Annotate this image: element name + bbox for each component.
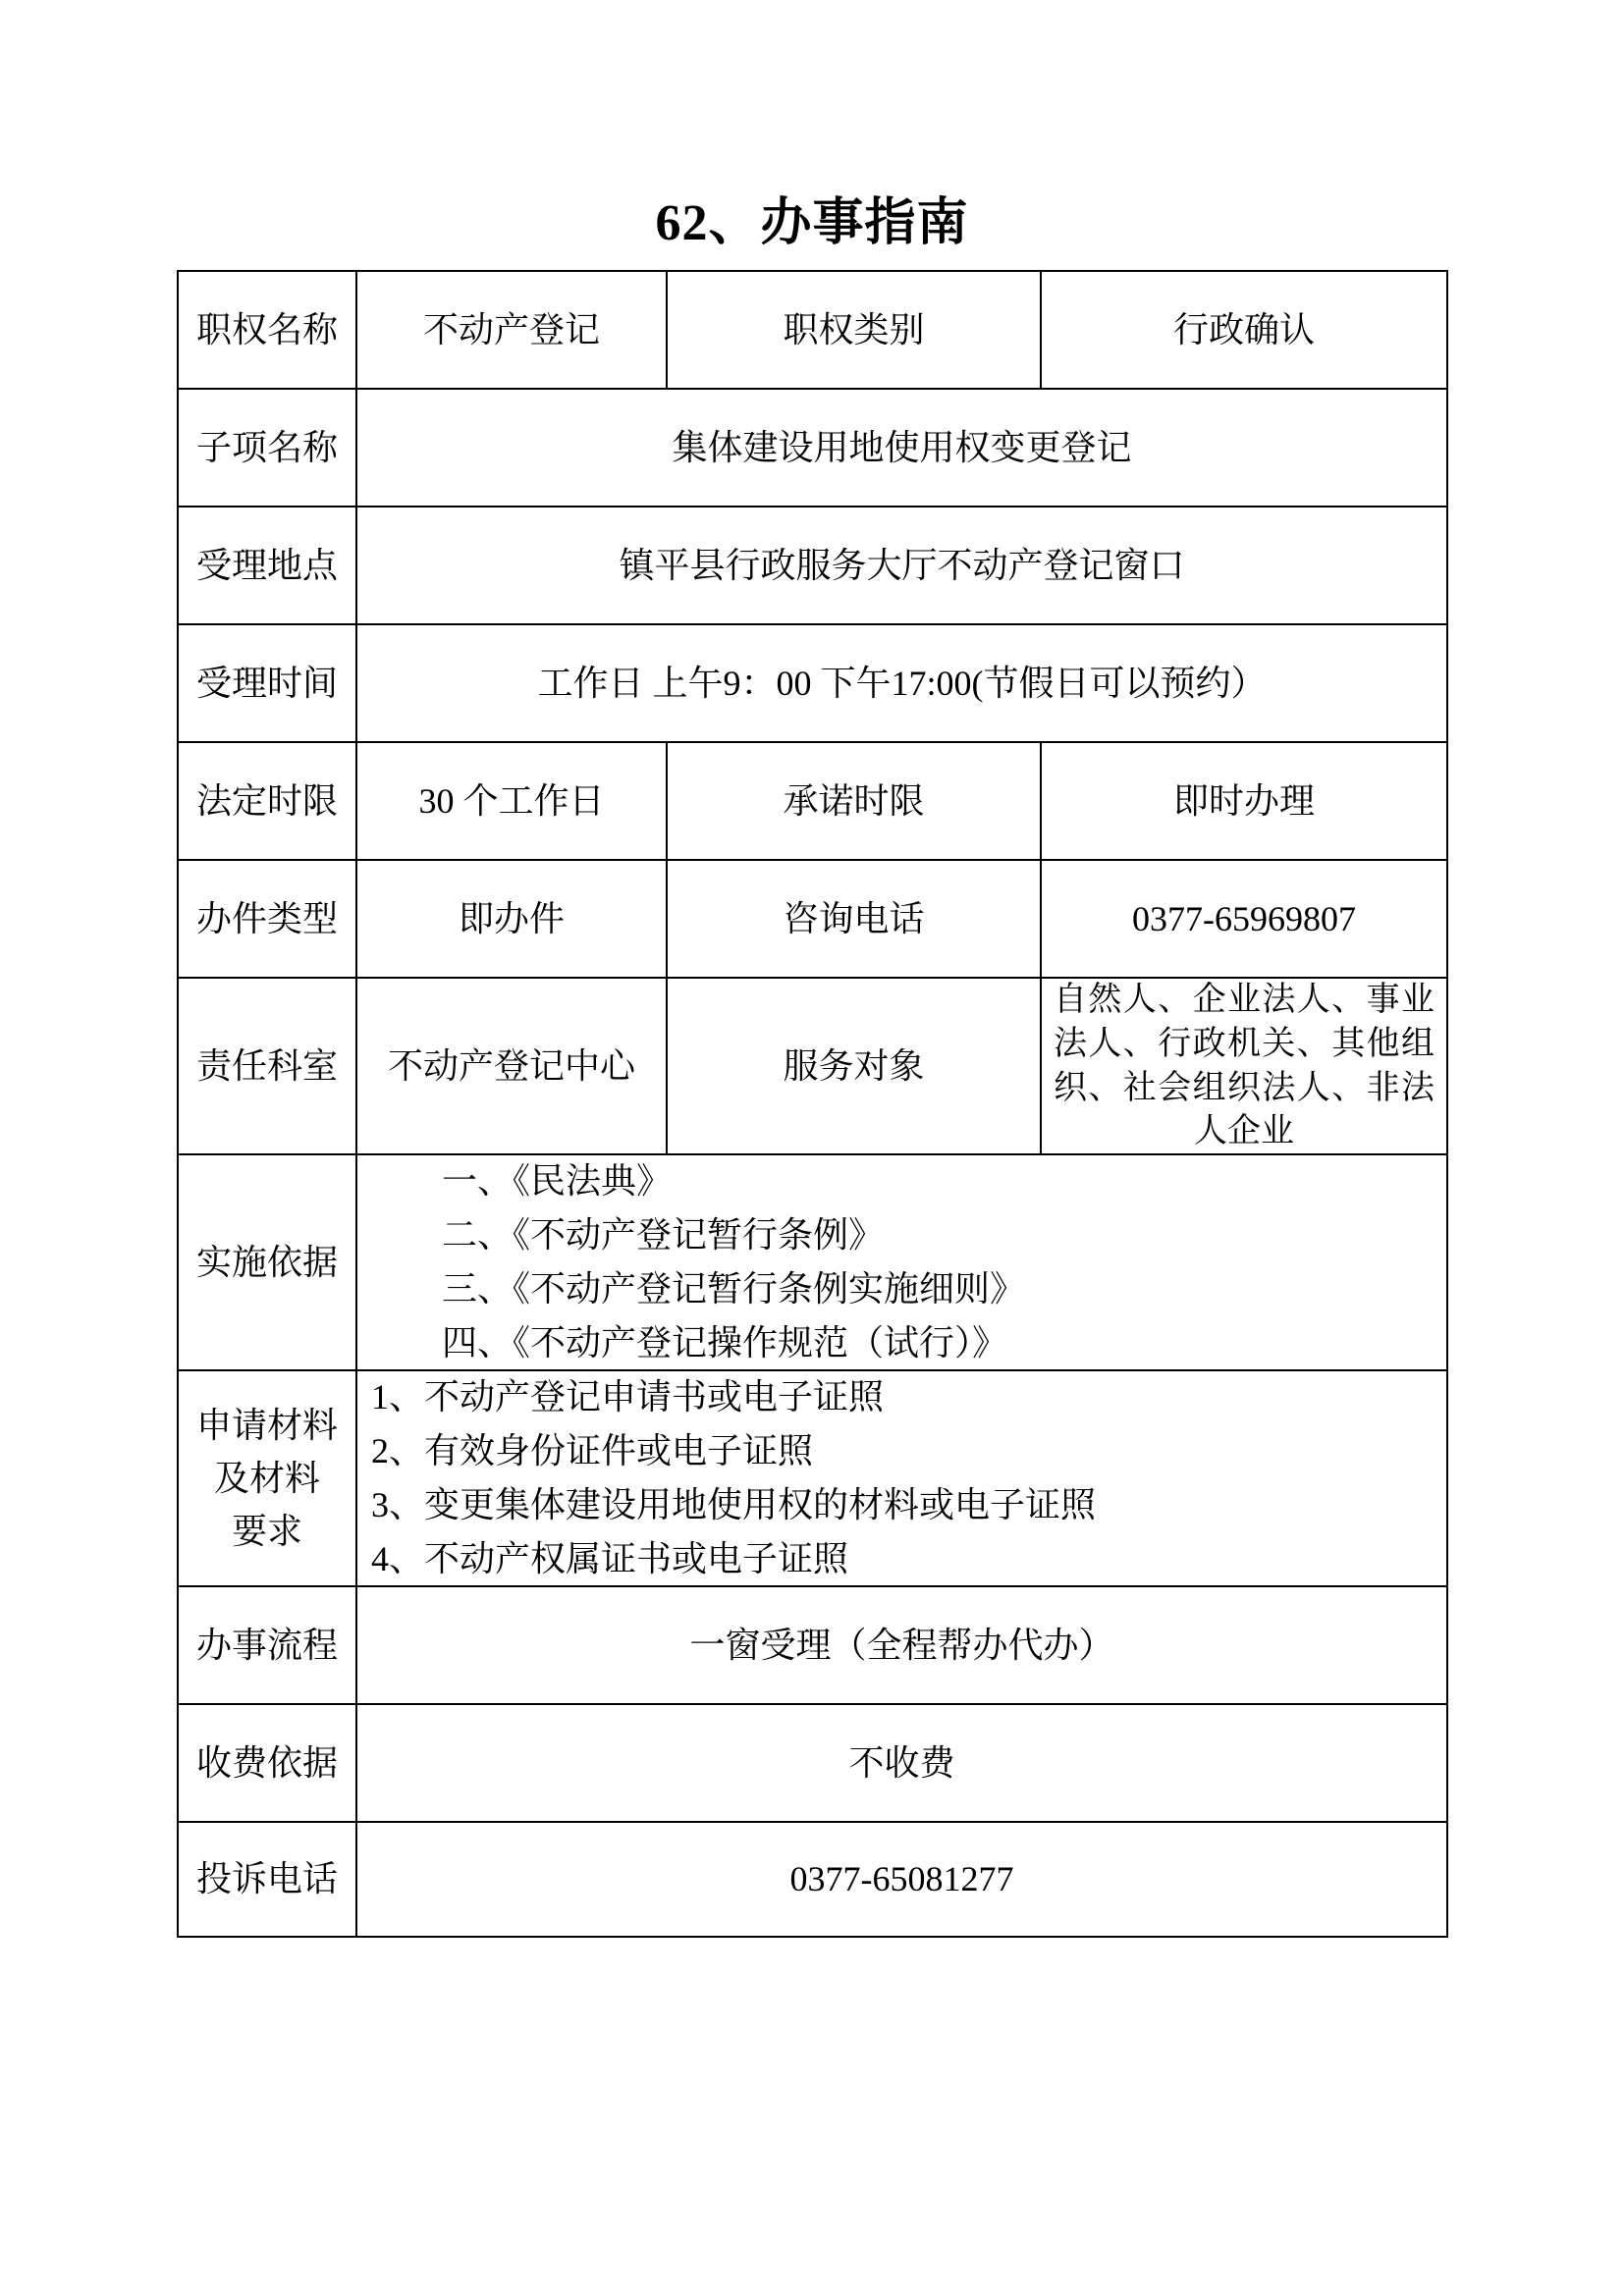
value-acceptance-place: 镇平县行政服务大厅不动产登记窗口: [357, 507, 1448, 625]
page-title: 62、办事指南: [0, 0, 1624, 253]
value-application-materials: 1、不动产登记申请书或电子证照 2、有效身份证件或电子证照 3、变更集体建设用地…: [357, 1371, 1448, 1587]
row-responsible-department: 责任科室 不动产登记中心 服务对象 自然人、企业法人、事业法人、行政机关、其他组…: [179, 979, 1448, 1155]
label-responsible-department: 责任科室: [179, 979, 357, 1155]
row-handling-process: 办事流程 一窗受理（全程帮办代办）: [179, 1587, 1448, 1705]
value-complaint-phone: 0377-65081277: [357, 1823, 1448, 1938]
label-acceptance-place: 受理地点: [179, 507, 357, 625]
label-service-target: 服务对象: [668, 979, 1042, 1155]
value-power-category: 行政确认: [1042, 272, 1448, 390]
value-subitem-name: 集体建设用地使用权变更登记: [357, 390, 1448, 507]
value-acceptance-time: 工作日 上午9：00 下午17:00(节假日可以预约）: [357, 625, 1448, 743]
label-charging-basis: 收费依据: [179, 1705, 357, 1823]
label-complaint-phone: 投诉电话: [179, 1823, 357, 1938]
value-handling-type: 即办件: [357, 861, 668, 979]
value-handling-process: 一窗受理（全程帮办代办）: [357, 1587, 1448, 1705]
row-subitem-name: 子项名称 集体建设用地使用权变更登记: [179, 390, 1448, 507]
row-application-materials: 申请材料 及材料 要求 1、不动产登记申请书或电子证照 2、有效身份证件或电子证…: [179, 1371, 1448, 1587]
row-acceptance-place: 受理地点 镇平县行政服务大厅不动产登记窗口: [179, 507, 1448, 625]
value-power-name: 不动产登记: [357, 272, 668, 390]
row-handling-type: 办件类型 即办件 咨询电话 0377-65969807: [179, 861, 1448, 979]
label-statutory-time-limit: 法定时限: [179, 743, 357, 861]
label-application-materials: 申请材料 及材料 要求: [179, 1371, 357, 1587]
row-charging-basis: 收费依据 不收费: [179, 1705, 1448, 1823]
value-service-target: 自然人、企业法人、事业法人、行政机关、其他组织、社会组织法人、非法人企业: [1042, 979, 1448, 1155]
row-complaint-phone: 投诉电话 0377-65081277: [179, 1823, 1448, 1938]
label-subitem-name: 子项名称: [179, 390, 357, 507]
label-handling-process: 办事流程: [179, 1587, 357, 1705]
label-acceptance-time: 受理时间: [179, 625, 357, 743]
label-handling-type: 办件类型: [179, 861, 357, 979]
value-statutory-time-limit: 30 个工作日: [357, 743, 668, 861]
value-consultation-phone: 0377-65969807: [1042, 861, 1448, 979]
value-charging-basis: 不收费: [357, 1705, 1448, 1823]
label-power-category: 职权类别: [668, 272, 1042, 390]
label-implementation-basis: 实施依据: [179, 1155, 357, 1371]
label-power-name: 职权名称: [179, 272, 357, 390]
value-implementation-basis: 一、《民法典》 二、《不动产登记暂行条例》 三、《不动产登记暂行条例实施细则》 …: [357, 1155, 1448, 1371]
label-consultation-phone: 咨询电话: [668, 861, 1042, 979]
value-responsible-department: 不动产登记中心: [357, 979, 668, 1155]
value-promised-time-limit: 即时办理: [1042, 743, 1448, 861]
row-acceptance-time: 受理时间 工作日 上午9：00 下午17:00(节假日可以预约）: [179, 625, 1448, 743]
label-promised-time-limit: 承诺时限: [668, 743, 1042, 861]
row-statutory-time-limit: 法定时限 30 个工作日 承诺时限 即时办理: [179, 743, 1448, 861]
service-guide-table: 职权名称 不动产登记 职权类别 行政确认 子项名称 集体建设用地使用权变更登记 …: [177, 270, 1448, 1938]
row-power-name: 职权名称 不动产登记 职权类别 行政确认: [179, 272, 1448, 390]
row-implementation-basis: 实施依据 一、《民法典》 二、《不动产登记暂行条例》 三、《不动产登记暂行条例实…: [179, 1155, 1448, 1371]
